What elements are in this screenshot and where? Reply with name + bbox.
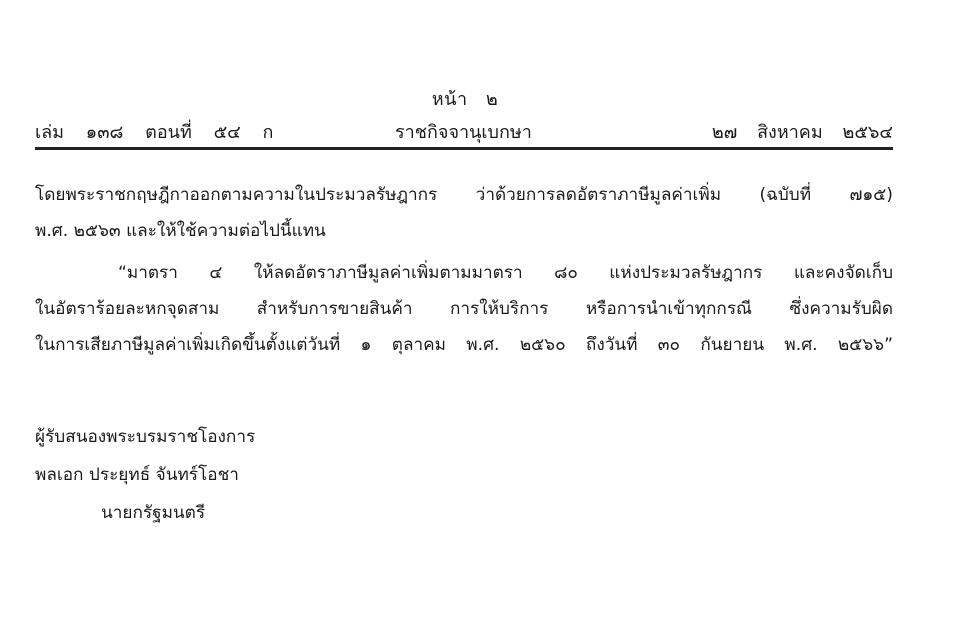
section-number: ๕๔ bbox=[214, 122, 241, 143]
text-line: โดยพระราชกฤษฎีกาออกตามความในประมวลรัษฎาก… bbox=[35, 177, 893, 213]
signatory-name: พลเอก ประยุทธ์ จันทร์โอชา bbox=[35, 456, 255, 494]
date-month: สิงหาคม bbox=[757, 122, 823, 143]
countersign-label: ผู้รับสนองพระบรมราชโองการ bbox=[35, 418, 255, 456]
text-line: พ.ศ. ๒๕๖๓ และให้ใช้ความต่อไปนี้แทน bbox=[35, 213, 893, 249]
publication-title: ราชกิจจานุเบกษา bbox=[395, 117, 532, 146]
paragraph-section-4: “มาตรา ๔ ให้ลดอัตราภาษีมูลค่าเพิ่มตามมาต… bbox=[35, 255, 893, 363]
section-letter: ก bbox=[263, 122, 274, 143]
signatory-title: นายกรัฐมนตรี bbox=[35, 494, 255, 532]
text-line: ในอัตราร้อยละหกจุดสาม สำหรับการขายสินค้า… bbox=[35, 291, 893, 327]
text-line: ในการเสียภาษีมูลค่าเพิ่มเกิดขึ้นตั้งแต่ว… bbox=[35, 327, 893, 363]
volume-label: เล่ม bbox=[35, 122, 64, 143]
header-divider bbox=[35, 147, 893, 150]
gazette-header: เล่ม ๑๓๘ ตอนที่ ๕๔ ก ราชกิจจานุเบกษา ๒๗ … bbox=[35, 117, 893, 143]
section-label: ตอนที่ bbox=[145, 122, 192, 143]
publication-date: ๒๗ สิงหาคม ๒๕๖๔ bbox=[698, 117, 893, 146]
date-day: ๒๗ bbox=[712, 122, 737, 143]
page-label: หน้า bbox=[432, 89, 468, 110]
page-number-value: ๒ bbox=[486, 89, 498, 110]
volume-number: ๑๓๘ bbox=[86, 122, 124, 143]
text-line: “มาตรา ๔ ให้ลดอัตราภาษีมูลค่าเพิ่มตามมาต… bbox=[35, 255, 893, 291]
paragraph-intro: โดยพระราชกฤษฎีกาออกตามความในประมวลรัษฎาก… bbox=[35, 177, 893, 249]
date-year: ๒๕๖๔ bbox=[842, 122, 893, 143]
signature-block: ผู้รับสนองพระบรมราชโองการ พลเอก ประยุทธ์… bbox=[35, 418, 255, 532]
page-number: หน้า ๒ bbox=[0, 84, 930, 113]
volume-info: เล่ม ๑๓๘ ตอนที่ ๕๔ ก bbox=[35, 117, 289, 146]
